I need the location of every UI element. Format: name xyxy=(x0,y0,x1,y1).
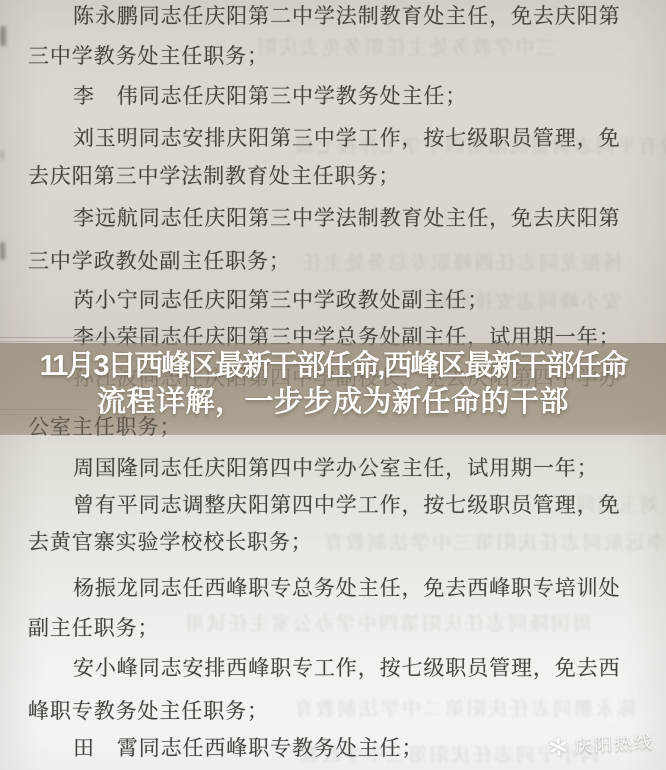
document-line: 去黄官寨实验学校校长职务； xyxy=(28,531,313,553)
document-line: 刘玉明同志安排庆阳第三中学工作，按七级职员管理，免 xyxy=(73,127,621,149)
document-line: 安小峰同志安排西峰职专工作，按七级职员管理，免去西 xyxy=(73,657,621,679)
document-line: 芮小宁同志任庆阳第三中学政教处副主任； xyxy=(73,289,489,311)
document-line: 陈永鹏同志任庆阳第二中学法制教育处主任，免去庆阳第 xyxy=(73,5,621,27)
bleedthrough-ghost-text: 陈永鹏同志任庆阳第二中学法制教育 xyxy=(292,694,636,721)
document-line: 李 伟同志任庆阳第三中学教务处主任； xyxy=(73,85,467,107)
bleedthrough-ghost-text: 李远航同志任庆阳第三中学法制教育 xyxy=(322,528,666,555)
headline-line-1: 11月3日西峰区最新干部任命,西峰区最新干部任命 xyxy=(0,351,666,382)
document-line: 田 霄同志任西峰职专教务处主任； xyxy=(73,737,423,759)
bleedthrough-ghost-text: 周国隆同志任庆阳第四中学办公室主任试用 xyxy=(183,609,592,636)
scan-artifact-line xyxy=(0,341,120,342)
watermark-text: 庆阳热线 xyxy=(573,728,654,759)
bleedthrough-ghost-text: 杨振龙同志任西峰职专总务处主任 xyxy=(300,248,623,275)
page-edge-smudge xyxy=(0,242,5,260)
document-line: 李远航同志任庆阳第三中学法制教育处主任，免去庆阳第 xyxy=(73,207,621,229)
watermark: 庆阳热线 xyxy=(547,728,654,760)
document-photo: 三中学教务处主任职务免去庆阳曾有平同志调整庆阳第四中学工作按七级杨振龙同志任西峰… xyxy=(0,0,666,770)
page-edge-smudge xyxy=(0,150,4,160)
document-line: 副主任职务； xyxy=(28,617,159,639)
document-line: 周国隆同志任庆阳第四中学办公室主任，试用期一年； xyxy=(73,457,599,479)
document-line: 公室主任职务； xyxy=(28,416,181,438)
document-line: 三中学教务处主任职务； xyxy=(28,45,269,67)
scan-artifact-line xyxy=(0,337,158,338)
document-line: 杨振龙同志任西峰职专总务处主任，免去西峰职专培训处 xyxy=(73,577,621,599)
document-line: 峰职专教务处主任职务； xyxy=(28,700,269,722)
qingyang-hotline-logo-icon xyxy=(547,736,568,757)
page-edge-smudge xyxy=(0,26,6,46)
document-line: 三中学政教处副主任职务； xyxy=(28,250,291,272)
headline-line-2: 流程详解，一步步成为新任命的干部 xyxy=(0,387,666,418)
document-line: 去庆阳第三中学法制教育处主任职务； xyxy=(28,165,400,187)
bleedthrough-ghost-text: 三中学教务处主任职务免去庆阳 xyxy=(255,33,556,60)
document-line: 曾有平同志调整庆阳第四中学工作，按七级职员管理，免 xyxy=(73,494,621,516)
